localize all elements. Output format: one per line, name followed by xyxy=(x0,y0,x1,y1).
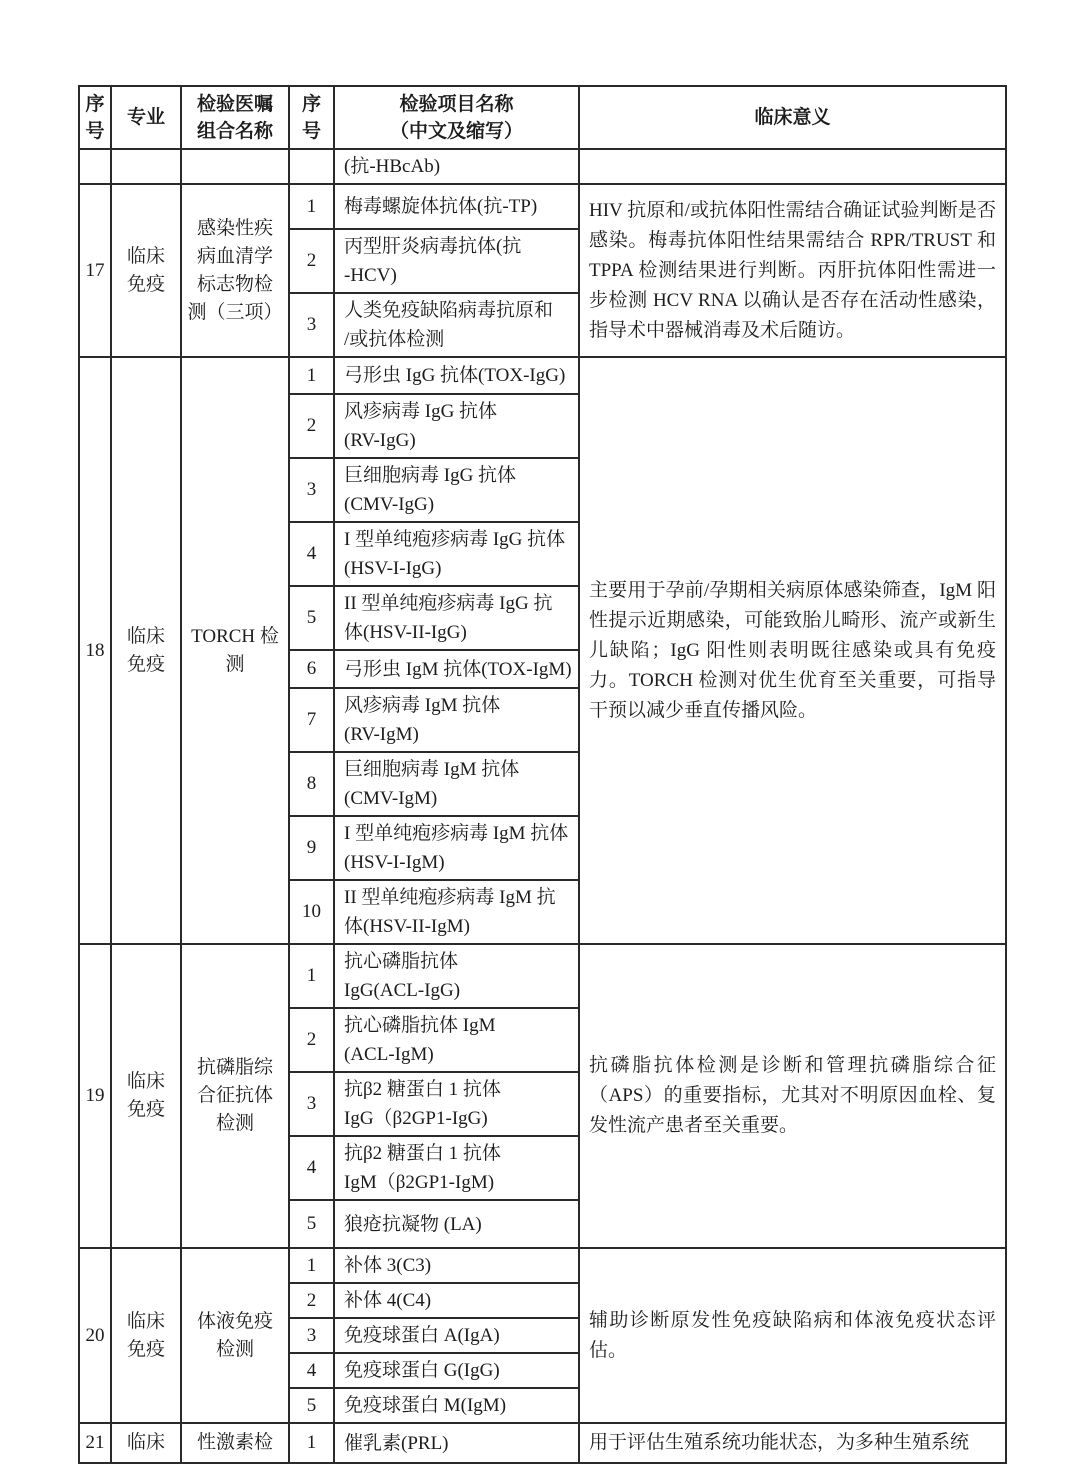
row-no-cell: 18 xyxy=(79,357,111,944)
item-name-cell: 巨细胞病毒 IgM 抗体 (CMV-IgM) xyxy=(334,752,579,816)
combo-name-cell: TORCH 检测 xyxy=(181,357,289,944)
significance-cell: 抗磷脂抗体检测是诊断和管理抗磷脂综合征（APS）的重要指标，尤其对不明原因血栓、… xyxy=(579,944,1006,1248)
item-no-cell: 4 xyxy=(289,522,334,586)
header-cell-specialty: 专业 xyxy=(111,86,181,149)
item-no-cell: 1 xyxy=(289,944,334,1008)
empty-cell xyxy=(79,149,111,184)
combo-name-cell: 体液免疫 检测 xyxy=(181,1248,289,1423)
table-header-row: 序 号 专业 检验医嘱 组合名称 序 号 检验项目名称 （中文及缩写） 临床意义 xyxy=(79,86,1006,149)
item-no-cell: 10 xyxy=(289,880,334,944)
header-cell-combo: 检验医嘱 组合名称 xyxy=(181,86,289,149)
item-name-cell: 巨细胞病毒 IgG 抗体 (CMV-IgG) xyxy=(334,458,579,522)
item-no-cell: 2 xyxy=(289,1283,334,1318)
significance-cell: HIV 抗原和/或抗体阳性需结合确证试验判断是否感染。梅毒抗体阳性结果需结合 R… xyxy=(579,184,1006,357)
item-name-cell: 梅毒螺旋体抗体(抗-TP) xyxy=(334,184,579,229)
item-name-cell: 免疫球蛋白 M(IgM) xyxy=(334,1388,579,1423)
header-cell-item: 检验项目名称 （中文及缩写） xyxy=(334,86,579,149)
item-name-cell: 风疹病毒 IgG 抗体 (RV-IgG) xyxy=(334,394,579,458)
significance-cell: 辅助诊断原发性免疫缺陷病和体液免疫状态评估。 xyxy=(579,1248,1006,1423)
significance-cell: 主要用于孕前/孕期相关病原体感染筛查，IgM 阳性提示近期感染，可能致胎儿畸形、… xyxy=(579,357,1006,944)
specialty-cell: 临床 免疫 xyxy=(111,944,181,1248)
lab-test-table: 序 号 专业 检验医嘱 组合名称 序 号 检验项目名称 （中文及缩写） 临床意义… xyxy=(78,85,1007,1464)
item-no-cell: 6 xyxy=(289,650,334,688)
item-name-cell: 催乳素(PRL) xyxy=(334,1423,579,1463)
item-no-cell: 5 xyxy=(289,1388,334,1423)
item-no-cell: 3 xyxy=(289,293,334,357)
item-no-cell: 3 xyxy=(289,1072,334,1136)
item-no-cell: 2 xyxy=(289,394,334,458)
table-row: 21 临床 性激素检 1 催乳素(PRL) 用于评估生殖系统功能状态，为多种生殖… xyxy=(79,1423,1006,1463)
table-row: 18 临床 免疫 TORCH 检测 1 弓形虫 IgG 抗体(TOX-IgG) … xyxy=(79,357,1006,394)
item-name-cell: 风疹病毒 IgM 抗体 (RV-IgM) xyxy=(334,688,579,752)
item-name-cell: 人类免疫缺陷病毒抗原和 /或抗体检测 xyxy=(334,293,579,357)
empty-cell xyxy=(579,149,1006,184)
item-name-cell: 狼疮抗凝物 (LA) xyxy=(334,1200,579,1248)
table-row: 20 临床 免疫 体液免疫 检测 1 补体 3(C3) 辅助诊断原发性免疫缺陷病… xyxy=(79,1248,1006,1283)
item-name-cell: 抗β2 糖蛋白 1 抗体 IgG（β2GP1-IgG) xyxy=(334,1072,579,1136)
item-name-cell: 抗β2 糖蛋白 1 抗体 IgM（β2GP1-IgM) xyxy=(334,1136,579,1200)
item-name-cell: (抗-HBcAb) xyxy=(334,149,579,184)
item-name-cell: 弓形虫 IgG 抗体(TOX-IgG) xyxy=(334,357,579,394)
item-no-cell: 5 xyxy=(289,586,334,650)
item-no-cell: 9 xyxy=(289,816,334,880)
specialty-cell: 临床 xyxy=(111,1423,181,1463)
combo-name-cell: 抗磷脂综 合征抗体 检测 xyxy=(181,944,289,1248)
combo-name-cell: 性激素检 xyxy=(181,1423,289,1463)
row-no-cell: 17 xyxy=(79,184,111,357)
table-row: 19 临床 免疫 抗磷脂综 合征抗体 检测 1 抗心磷脂抗体 IgG(ACL-I… xyxy=(79,944,1006,1008)
continuation-row: (抗-HBcAb) xyxy=(79,149,1006,184)
header-cell-no2: 序 号 xyxy=(289,86,334,149)
item-no-cell: 3 xyxy=(289,1318,334,1353)
item-no-cell: 1 xyxy=(289,357,334,394)
specialty-cell: 临床 免疫 xyxy=(111,1248,181,1423)
significance-cell: 用于评估生殖系统功能状态，为多种生殖系统 xyxy=(579,1423,1006,1463)
empty-cell xyxy=(181,149,289,184)
combo-name-cell: 感染性疾 病血清学 标志物检 测（三项） xyxy=(181,184,289,357)
header-cell-no: 序 号 xyxy=(79,86,111,149)
item-name-cell: I 型单纯疱疹病毒 IgM 抗体 (HSV-I-IgM) xyxy=(334,816,579,880)
item-no-cell: 5 xyxy=(289,1200,334,1248)
header-cell-significance: 临床意义 xyxy=(579,86,1006,149)
item-no-cell: 4 xyxy=(289,1136,334,1200)
empty-cell xyxy=(111,149,181,184)
item-name-cell: I 型单纯疱疹病毒 IgG 抗体 (HSV-I-IgG) xyxy=(334,522,579,586)
table-row: 17 临床 免疫 感染性疾 病血清学 标志物检 测（三项） 1 梅毒螺旋体抗体(… xyxy=(79,184,1006,229)
specialty-cell: 临床 免疫 xyxy=(111,357,181,944)
item-name-cell: 弓形虫 IgM 抗体(TOX-IgM) xyxy=(334,650,579,688)
row-no-cell: 19 xyxy=(79,944,111,1248)
item-name-cell: 免疫球蛋白 G(IgG) xyxy=(334,1353,579,1388)
item-name-cell: 丙型肝炎病毒抗体(抗 -HCV) xyxy=(334,229,579,293)
item-name-cell: II 型单纯疱疹病毒 IgM 抗 体(HSV-II-IgM) xyxy=(334,880,579,944)
specialty-cell: 临床 免疫 xyxy=(111,184,181,357)
item-no-cell: 2 xyxy=(289,1008,334,1072)
empty-cell xyxy=(289,149,334,184)
item-name-cell: 免疫球蛋白 A(IgA) xyxy=(334,1318,579,1353)
item-name-cell: 补体 4(C4) xyxy=(334,1283,579,1318)
lab-test-table-container: 序 号 专业 检验医嘱 组合名称 序 号 检验项目名称 （中文及缩写） 临床意义… xyxy=(78,85,1007,1464)
item-name-cell: 抗心磷脂抗体 IgM (ACL-IgM) xyxy=(334,1008,579,1072)
item-name-cell: 抗心磷脂抗体 IgG(ACL-IgG) xyxy=(334,944,579,1008)
item-no-cell: 3 xyxy=(289,458,334,522)
item-no-cell: 7 xyxy=(289,688,334,752)
item-no-cell: 1 xyxy=(289,1248,334,1283)
item-no-cell: 2 xyxy=(289,229,334,293)
item-no-cell: 1 xyxy=(289,1423,334,1463)
row-no-cell: 21 xyxy=(79,1423,111,1463)
item-no-cell: 8 xyxy=(289,752,334,816)
item-no-cell: 4 xyxy=(289,1353,334,1388)
row-no-cell: 20 xyxy=(79,1248,111,1423)
item-name-cell: 补体 3(C3) xyxy=(334,1248,579,1283)
item-no-cell: 1 xyxy=(289,184,334,229)
item-name-cell: II 型单纯疱疹病毒 IgG 抗 体(HSV-II-IgG) xyxy=(334,586,579,650)
